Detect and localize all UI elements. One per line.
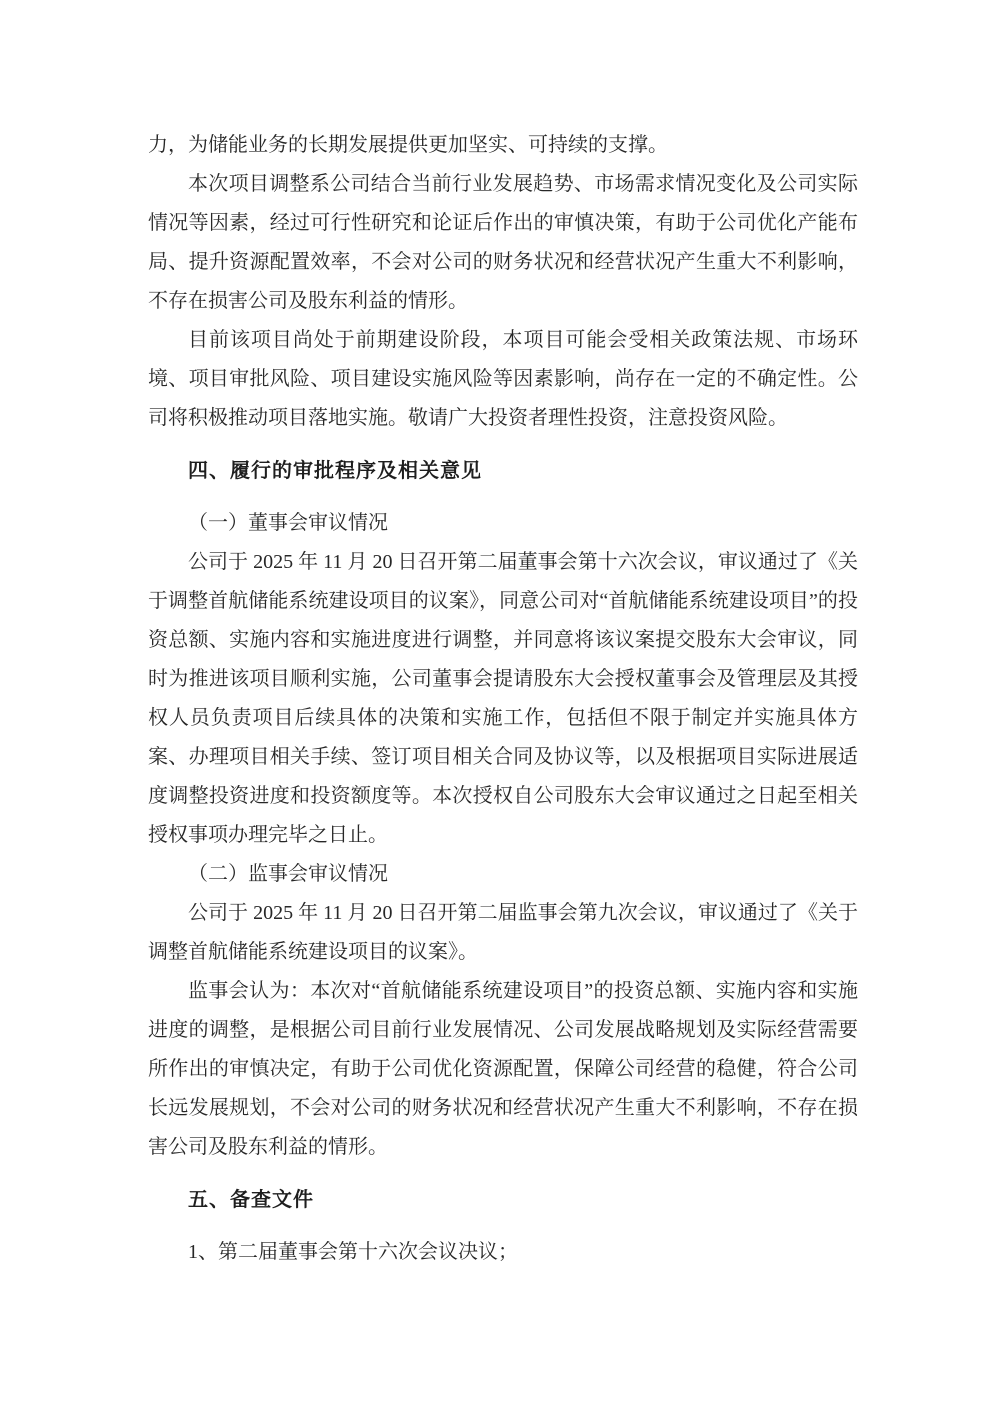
section-heading-documents-for-inspection: 五、备查文件: [148, 1181, 858, 1220]
subsection-heading-supervisory-review: （二）监事会审议情况: [148, 855, 858, 894]
section-heading-approval-procedures: 四、履行的审批程序及相关意见: [148, 452, 858, 491]
paragraph-supervisory-opinion: 监事会认为：本次对“首航储能系统建设项目”的投资总额、实施内容和实施进度的调整，…: [148, 972, 858, 1167]
paragraph-risk-notice: 目前该项目尚处于前期建设阶段，本项目可能会受相关政策法规、市场环境、项目审批风险…: [148, 321, 858, 438]
paragraph-supervisory-review: 公司于 2025 年 11 月 20 日召开第二届监事会第九次会议，审议通过了《…: [148, 894, 858, 972]
subsection-heading-board-review: （一）董事会审议情况: [148, 504, 858, 543]
paragraph-continuation: 力，为储能业务的长期发展提供更加坚实、可持续的支撑。: [148, 126, 858, 165]
paragraph-adjustment-rationale: 本次项目调整系公司结合当前行业发展趋势、市场需求情况变化及公司实际情况等因素，经…: [148, 165, 858, 321]
paragraph-board-review: 公司于 2025 年 11 月 20 日召开第二届董事会第十六次会议，审议通过了…: [148, 543, 858, 855]
document-page: 力，为储能业务的长期发展提供更加坚实、可持续的支撑。 本次项目调整系公司结合当前…: [0, 0, 1000, 1414]
list-item-filing-document-1: 1、第二届董事会第十六次会议决议；: [148, 1233, 858, 1272]
document-text-block: 力，为储能业务的长期发展提供更加坚实、可持续的支撑。 本次项目调整系公司结合当前…: [148, 126, 858, 1272]
